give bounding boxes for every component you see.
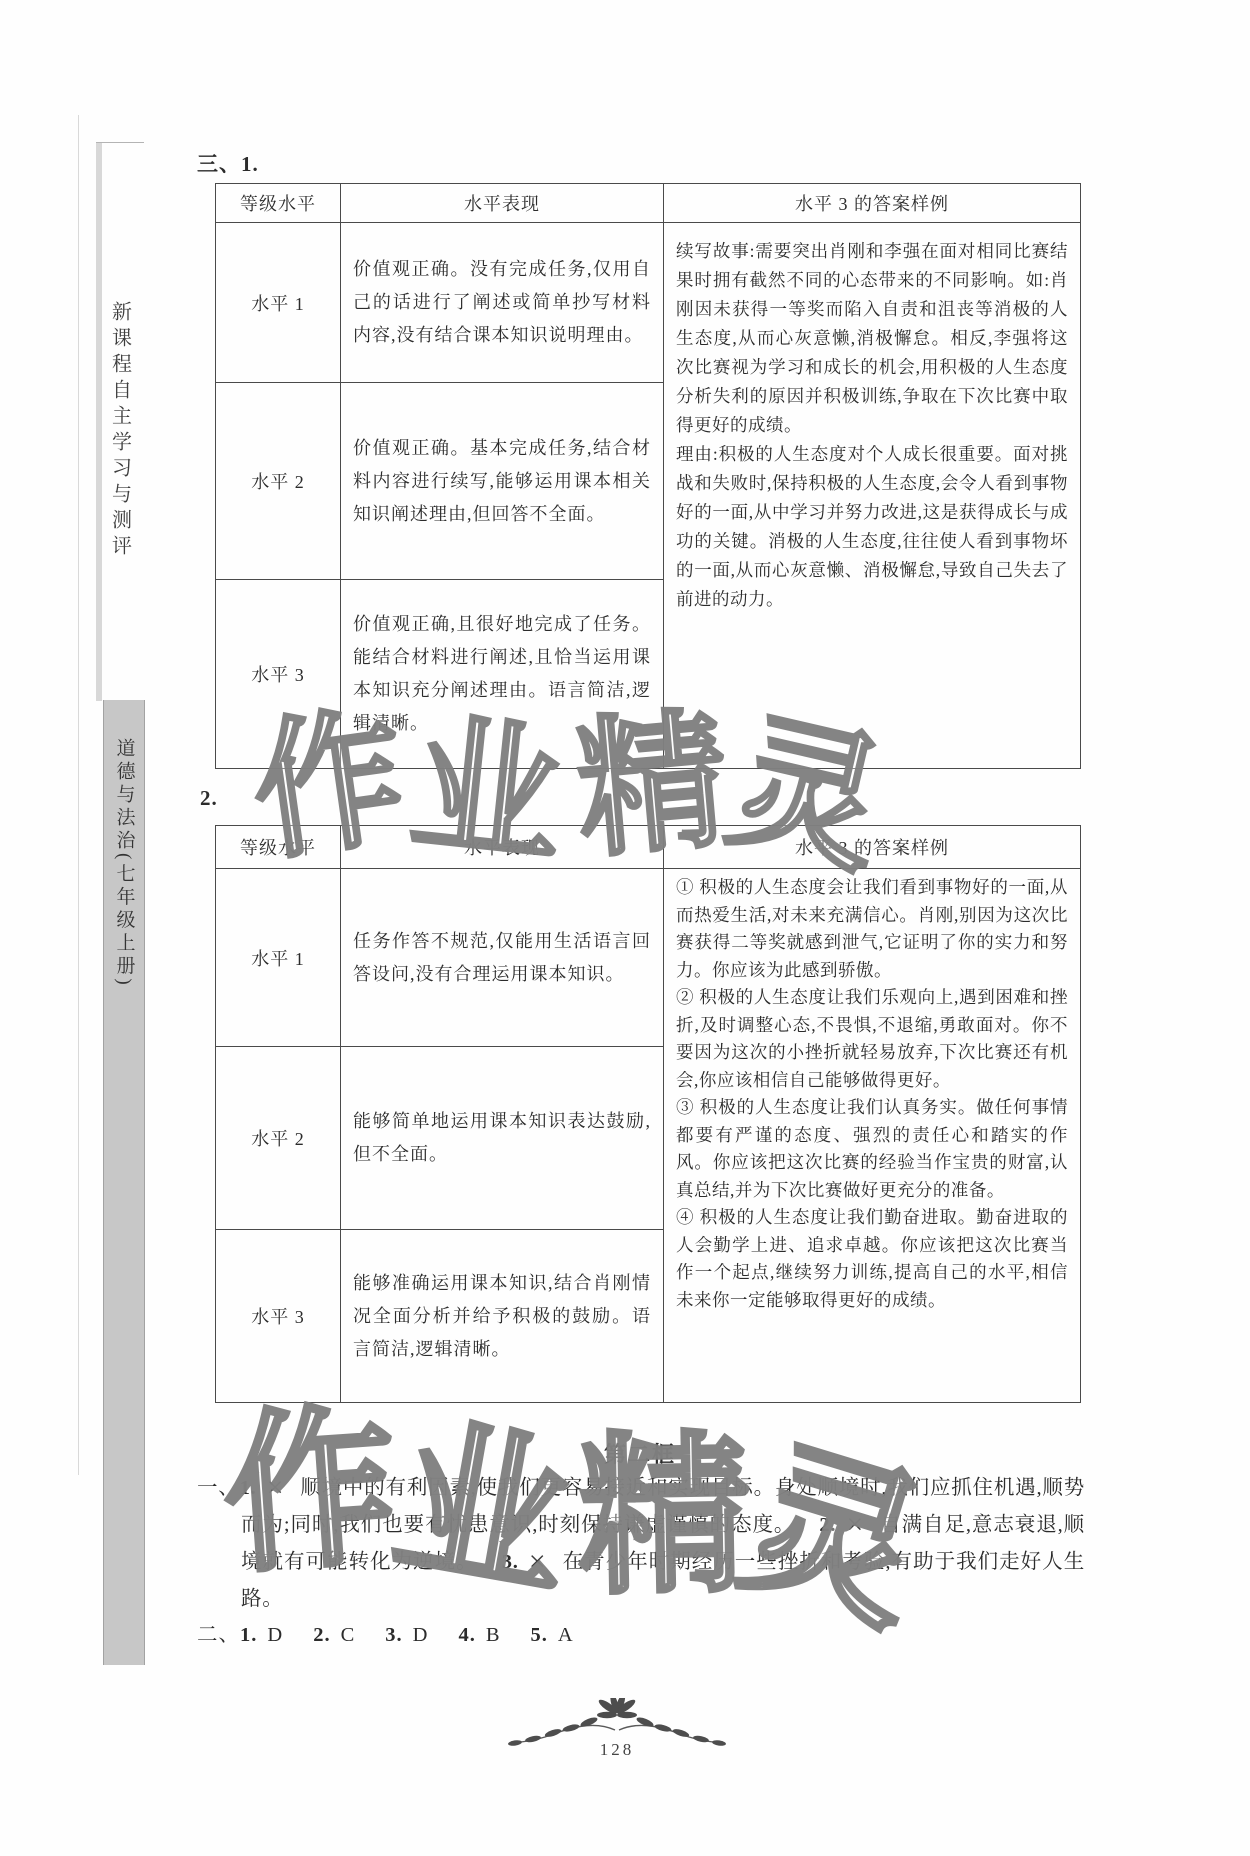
choice-letter: C bbox=[341, 1624, 356, 1646]
choice-number: 3. bbox=[385, 1624, 402, 1646]
page-number: 128 bbox=[600, 1740, 635, 1760]
header-level: 等级水平 bbox=[216, 184, 341, 223]
section-three-label: 三、1. bbox=[197, 148, 259, 178]
answer-paragraph: ① 积极的人生态度会让我们看到事物好的一面,从而热爱生活,对未来充满信心。肖刚,… bbox=[676, 874, 1068, 984]
header-performance: 水平表现 bbox=[341, 184, 664, 223]
section-three-item2-label: 2. bbox=[200, 786, 218, 811]
answer-paragraph: ④ 积极的人生态度让我们勤奋进取。勤奋进取的人会勤学上进、追求卓越。你应该把这次… bbox=[676, 1204, 1068, 1314]
performance-cell: 价值观正确。没有完成任务,仅用自己的话进行了阐述或简单抄写材料内容,没有结合课本… bbox=[341, 223, 664, 383]
level-cell: 水平 2 bbox=[216, 1047, 341, 1230]
performance-cell: 能够简单地运用课本知识表达鼓励,但不全面。 bbox=[341, 1047, 664, 1230]
series-title: 新课程自主学习与测评 bbox=[106, 143, 135, 701]
level-cell: 水平 1 bbox=[216, 223, 341, 383]
choice-letter: B bbox=[486, 1624, 501, 1646]
table-header-row: 等级水平 水平表现 水平 3 的答案样例 bbox=[216, 184, 1081, 223]
rubric-table-2: 等级水平 水平表现 水平 3 的答案样例 水平 1 任务作答不规范,仅能用生活语… bbox=[215, 825, 1081, 1403]
choice-letter: D bbox=[267, 1624, 283, 1646]
choice-number: 1. bbox=[240, 1624, 257, 1646]
answer-paragraph: ② 积极的人生态度让我们乐观向上,遇到困难和挫折,及时调整心态,不畏惧,不退缩,… bbox=[676, 984, 1068, 1094]
sidebar-tab-series: 新课程自主学习与测评 bbox=[96, 142, 144, 701]
table-row: 水平 1 价值观正确。没有完成任务,仅用自己的话进行了阐述或简单抄写材料内容,没… bbox=[216, 223, 1081, 383]
page-edge-line bbox=[78, 115, 79, 1475]
table-row: 水平 1 任务作答不规范,仅能用生活语言回答设问,没有合理运用课本知识。 ① 积… bbox=[216, 869, 1081, 1047]
answer-paragraph: ③ 积极的人生态度让我们认真务实。做任何事情都要有严谨的态度、强烈的责任心和踏实… bbox=[676, 1094, 1068, 1204]
answer-paragraph: 续写故事:需要突出肖刚和李强在面对相同比赛结果时拥有截然不同的心态带来的不同影响… bbox=[676, 237, 1068, 440]
choice-letter: D bbox=[413, 1624, 429, 1646]
watermark: 作业精灵 bbox=[252, 664, 900, 880]
choice-section-label: 二、 bbox=[197, 1624, 240, 1646]
performance-cell: 价值观正确。基本完成任务,结合材料内容进行续写,能够运用课本相关知识阐述理由,但… bbox=[341, 383, 664, 580]
choice-number: 4. bbox=[458, 1624, 475, 1646]
level-cell: 水平 1 bbox=[216, 869, 341, 1047]
sidebar-rail bbox=[96, 143, 102, 701]
workbook-answer-page: 新课程自主学习与测评 道德与法治(七年级上册) 三、1. 等级水平 水平表现 水… bbox=[0, 0, 1250, 1856]
sample-answer-cell: ① 积极的人生态度会让我们看到事物好的一面,从而热爱生活,对未来充满信心。肖刚,… bbox=[664, 869, 1081, 1403]
level-cell: 水平 2 bbox=[216, 383, 341, 580]
watermark: 作业精灵 bbox=[215, 1348, 942, 1644]
choice-number: 2. bbox=[313, 1624, 330, 1646]
performance-cell: 任务作答不规范,仅能用生活语言回答设问,没有合理运用课本知识。 bbox=[341, 869, 664, 1047]
page-footer: 128 bbox=[0, 1698, 1234, 1760]
choice-letter: A bbox=[558, 1624, 574, 1646]
header-sample-answer: 水平 3 的答案样例 bbox=[664, 184, 1081, 223]
answer-paragraph: 理由:积极的人生态度对个人成长很重要。面对挑战和失败时,保持积极的人生态度,会令… bbox=[676, 440, 1068, 614]
sidebar-tab-book: 道德与法治(七年级上册) bbox=[103, 700, 145, 1665]
book-title: 道德与法治(七年级上册) bbox=[111, 700, 138, 1665]
